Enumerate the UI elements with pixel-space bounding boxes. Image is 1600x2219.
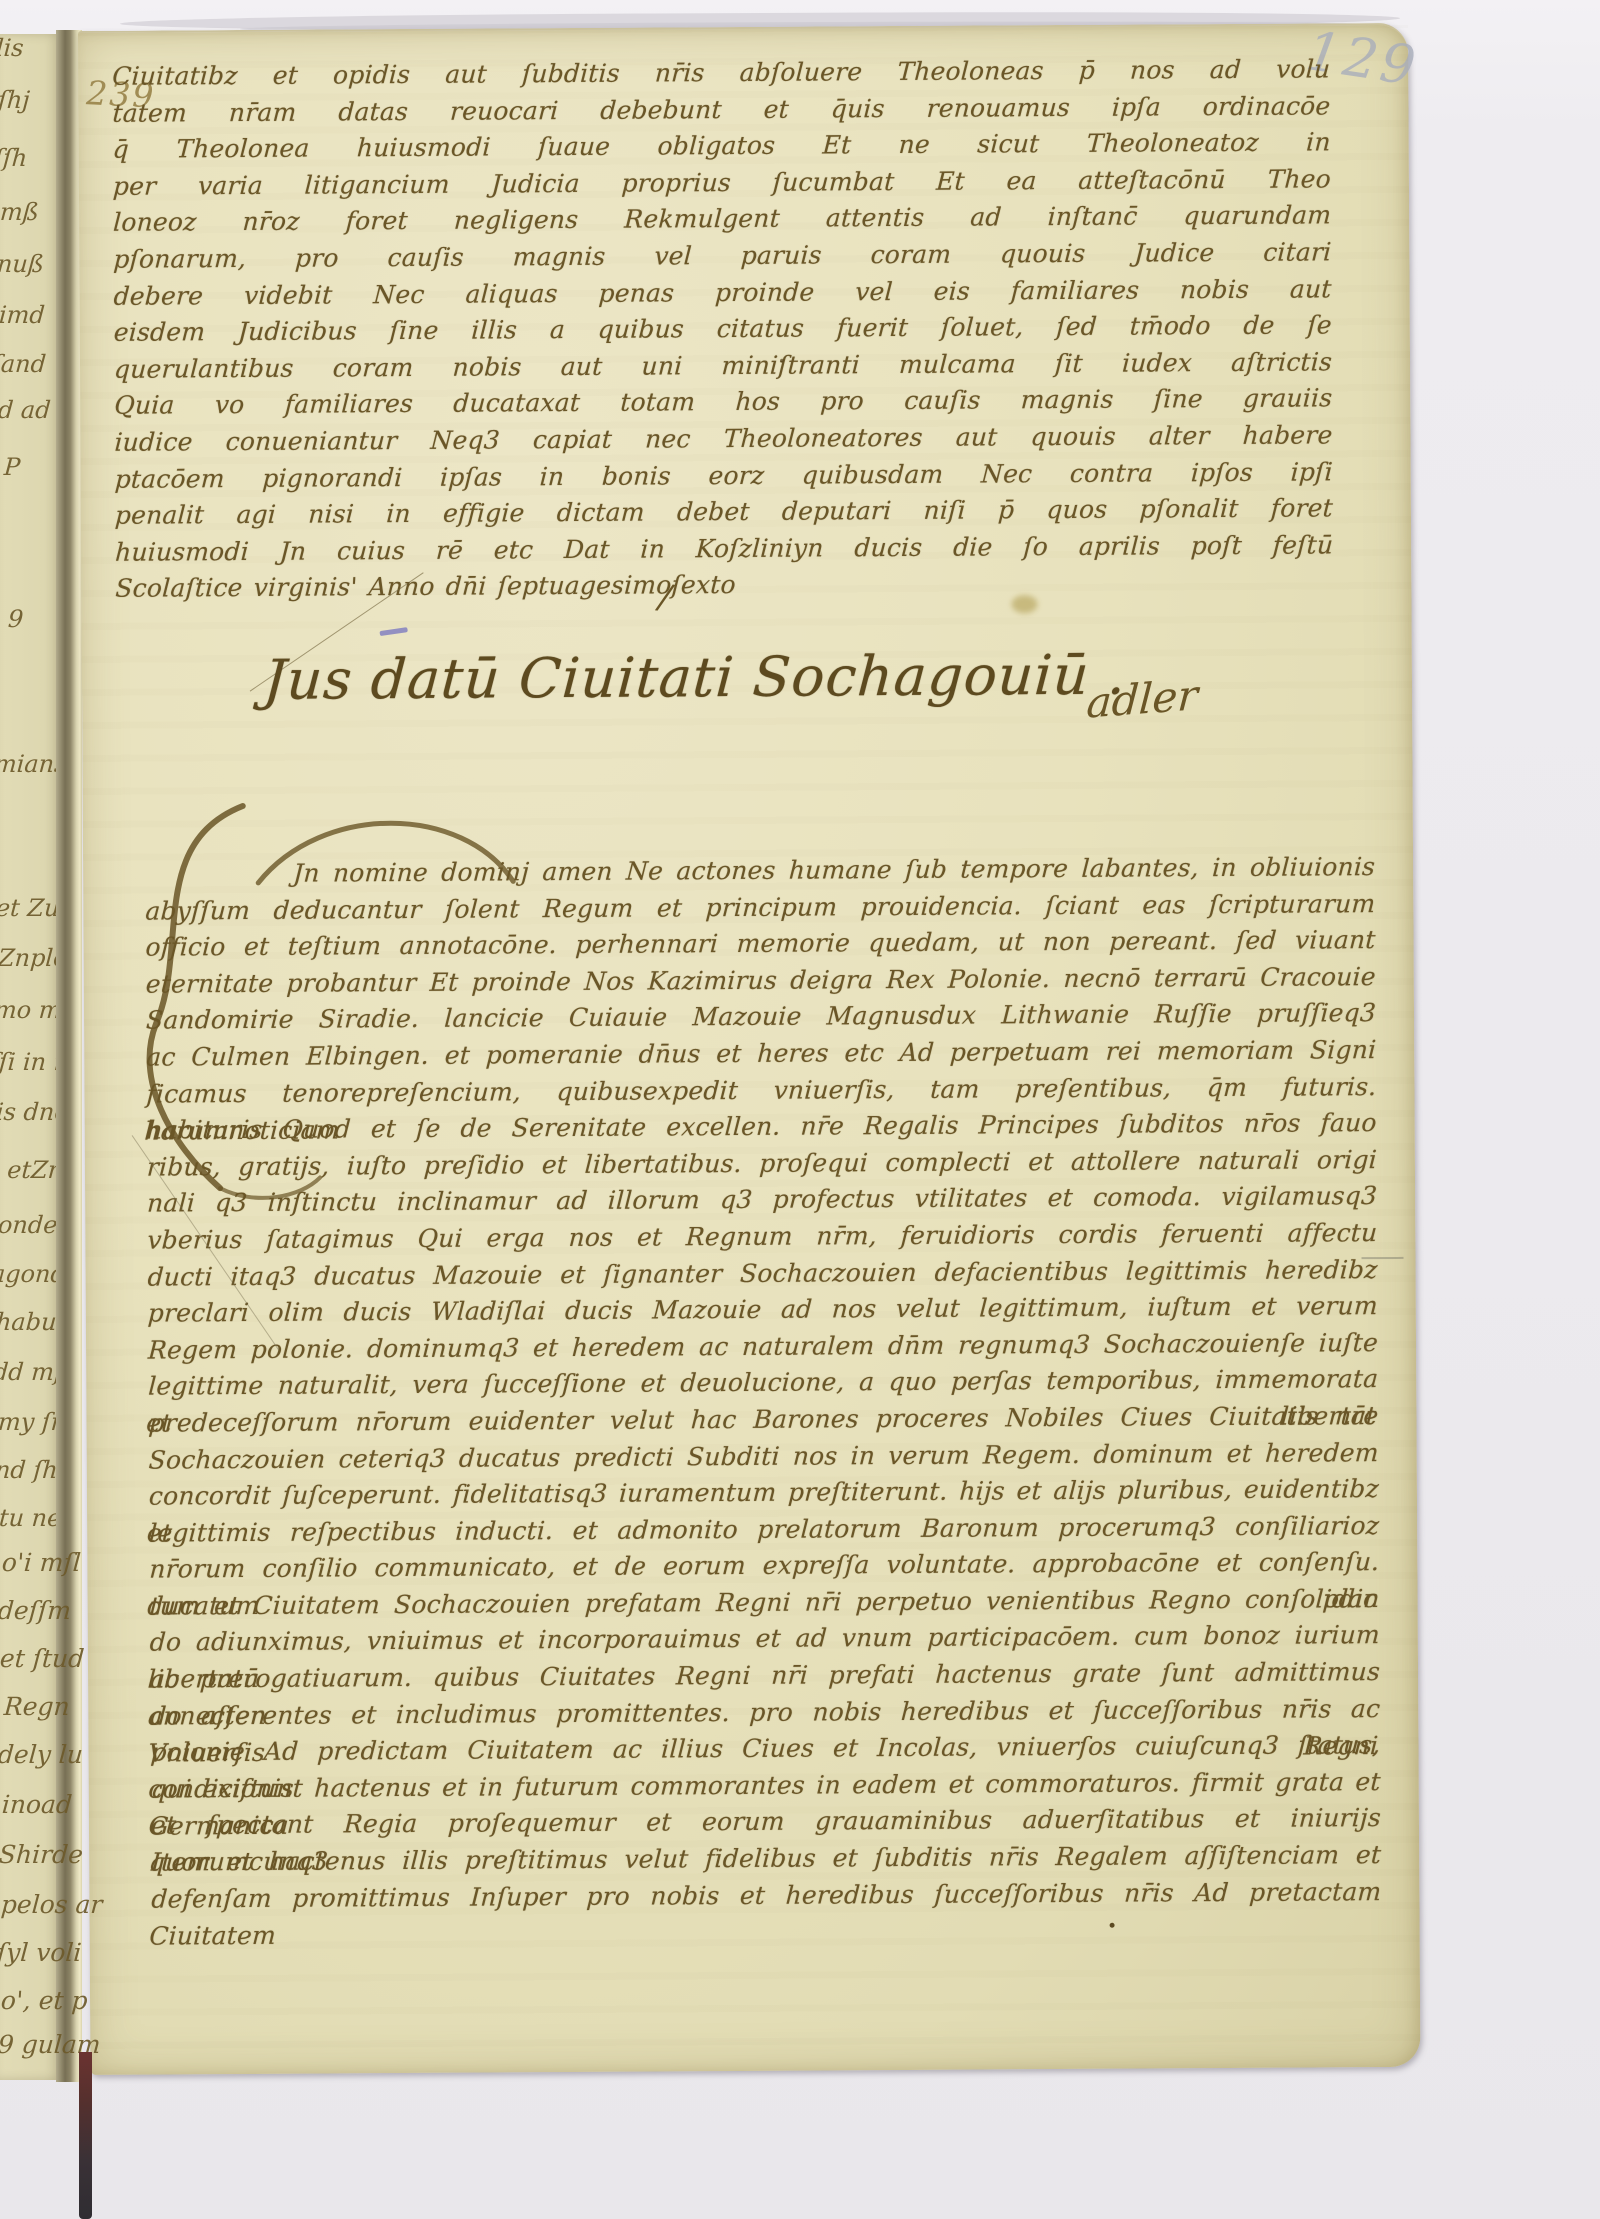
- page-fragment: ſyl voli: [0, 1938, 83, 1967]
- page-fragment: nd ſhi: [0, 1456, 62, 1484]
- page-fragment: onde: [0, 1211, 58, 1239]
- page-fragment: Znplo: [0, 944, 62, 972]
- bookmark-ribbon: [79, 2052, 92, 2219]
- page-fragment: mß: [0, 198, 40, 226]
- page-fragment: habud: [0, 1308, 62, 1336]
- manuscript-page: 239 129 Ciuitatibz et opidis aut ſubditi…: [78, 23, 1420, 2075]
- page-fragment: dely lu: [0, 1740, 84, 1769]
- page-fragment: P: [3, 453, 21, 481]
- page-fragment: et Zup: [0, 894, 62, 922]
- page-fragment: i etZny: [0, 1156, 62, 1184]
- section-heading: Jus datū Ciuitati Sochagouiū .: [262, 643, 1126, 712]
- page-fragment: o'i mſl: [1, 1548, 82, 1577]
- text-line: Scolaſtice virginis' Anno dn̄i ſeptuages…: [114, 564, 1334, 608]
- page-fragment: deſſm: [0, 1596, 72, 1625]
- page-fragment: o', et p: [0, 1986, 89, 2015]
- ink-stain: [1011, 595, 1037, 613]
- page-fragment: tu ne: [0, 1504, 62, 1532]
- facing-page-edge-lower: o'i mſl deſſm et ſtud Regn dely lu inoad…: [0, 1540, 116, 2070]
- page-fragment: ſhj: [0, 86, 31, 114]
- page-fragment: Regn: [3, 1692, 71, 1721]
- page-fragment: my ſm: [0, 1408, 62, 1436]
- page-fragment: mo me: [0, 996, 62, 1024]
- page-fragment: agonds: [0, 1260, 62, 1288]
- page-fragment: mians: [0, 750, 62, 778]
- text-line: defenſam promittimus Inſuper pro nobis e…: [150, 1874, 1382, 1918]
- page-fragment: lis: [0, 34, 25, 62]
- text-block-first: Ciuitatibz et opidis aut ſubditis nr̄is …: [112, 51, 1333, 607]
- page-fragment: dd mſa: [0, 1358, 62, 1386]
- ink-speck: [780, 359, 784, 363]
- page-fragment: nuß: [0, 250, 45, 278]
- scanned-manuscript-photo: lis ſhj ſſh mß nuß imd ſand d ad P 9 mia…: [0, 0, 1600, 2219]
- opening-flourish: [93, 786, 526, 1219]
- page-fragment: ſand: [0, 350, 47, 378]
- page-fragment: 9: [7, 605, 24, 633]
- page-fragment: pelos ar: [0, 1890, 103, 1919]
- page-fragment: ſſh: [0, 144, 28, 172]
- blue-mark: [379, 627, 407, 636]
- ink-speck: [1110, 1923, 1115, 1928]
- margin-dash: [1362, 1257, 1404, 1259]
- page-fragment: inoad: [1, 1790, 73, 1819]
- page-fragment: et ſtud: [0, 1644, 85, 1673]
- page-fragment: d ad: [0, 396, 52, 424]
- page-fragment: imd: [0, 301, 46, 329]
- marginal-note: adler: [1085, 670, 1199, 727]
- page-fragment: is dno: [0, 1098, 62, 1126]
- page-fragment: Shirde: [0, 1840, 84, 1869]
- page-fragment: ſſi in m: [0, 1048, 62, 1076]
